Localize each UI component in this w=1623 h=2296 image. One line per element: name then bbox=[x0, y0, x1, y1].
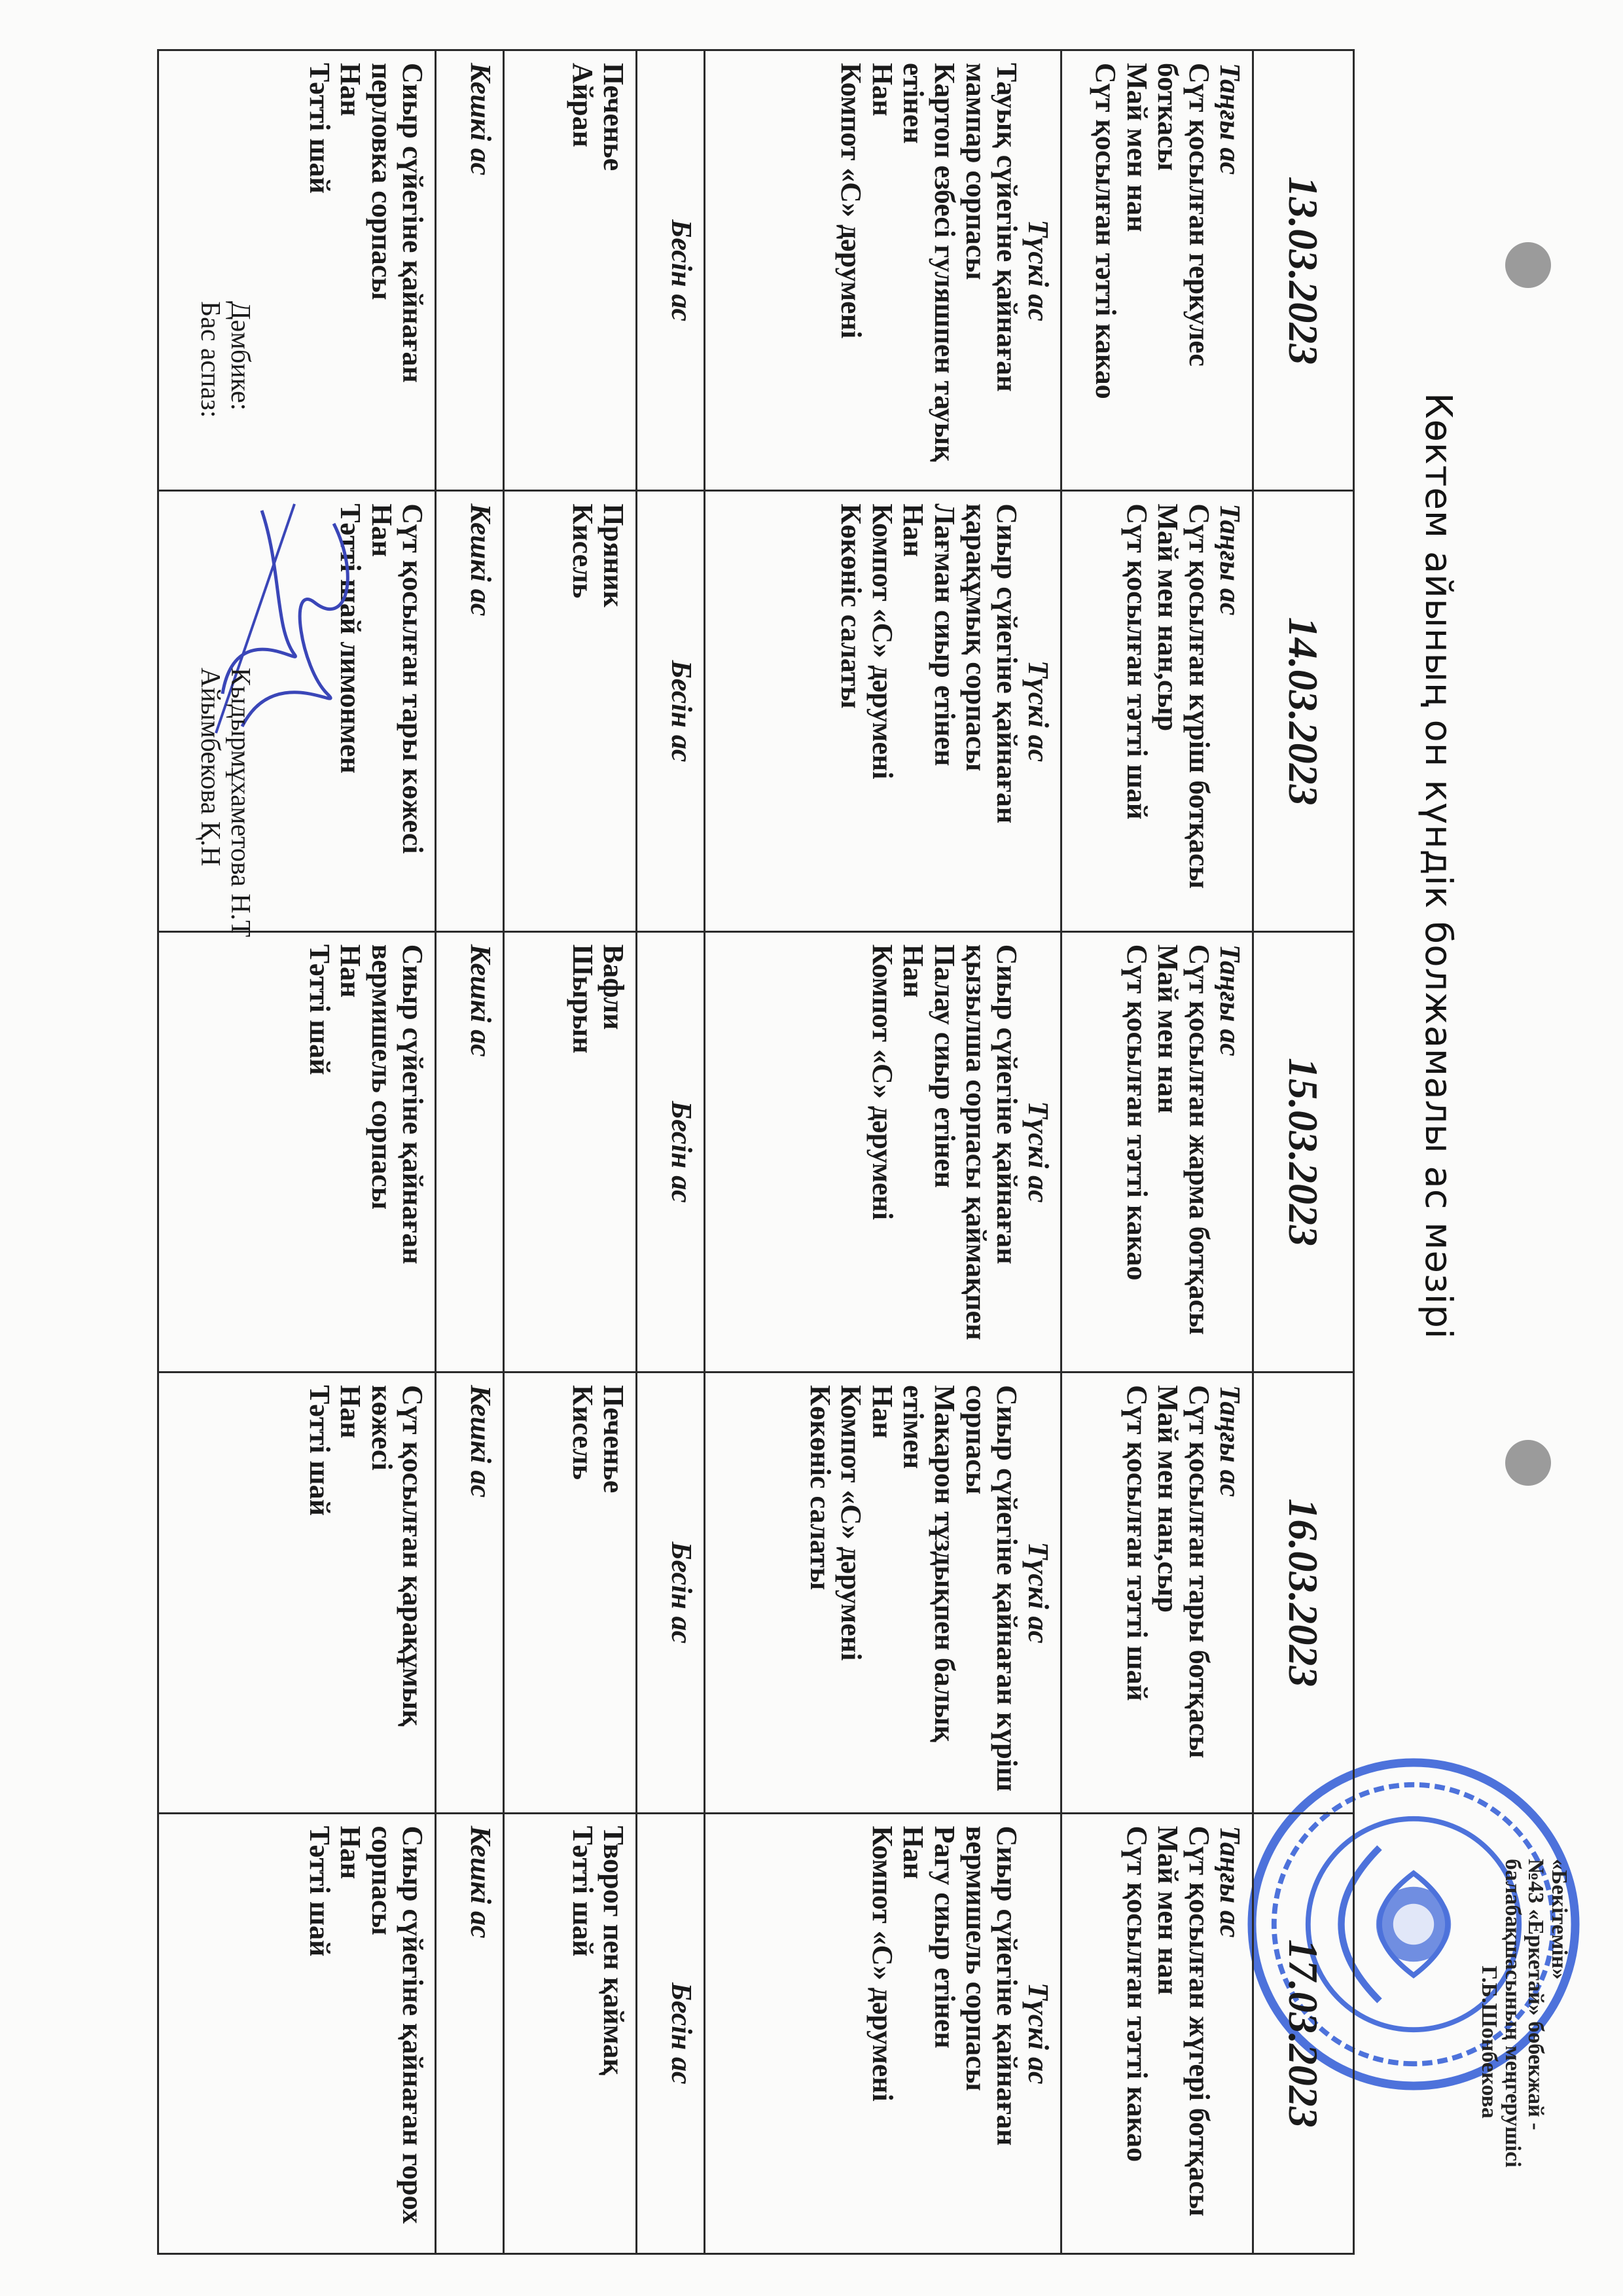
menu-document: Көктем айының он күндік болжамалы ас мәз… bbox=[0, 0, 1623, 2296]
meal-label-lunch: Түскі ас bbox=[1022, 1826, 1054, 2241]
meal-label-snack: Бесін ас bbox=[666, 944, 697, 1359]
meal-label-lunch: Түскі ас bbox=[1022, 944, 1054, 1359]
dish-item: Компот «С» дәрумені bbox=[866, 944, 898, 1359]
snack-cell: ВафлиШырын bbox=[503, 931, 637, 1372]
date-label: 14.03.2023 bbox=[1280, 617, 1327, 806]
lunch-row: Түскі асТауық сүйегіне қайнаған мампар с… bbox=[704, 50, 1061, 2254]
date-label: 15.03.2023 bbox=[1280, 1058, 1327, 1246]
dish-item: Сүт қосылған күріш ботқасы bbox=[1183, 503, 1215, 918]
dish-item: Көкөніс салаты bbox=[804, 1385, 836, 1800]
dish-item: Май мен нан,сыр bbox=[1152, 1385, 1184, 1800]
breakfast-cell: Таңғы асСүт қосылған жүгері ботқасыМай м… bbox=[1061, 1813, 1253, 2253]
approval-line: №43 «Еркетай» бөбекжай - bbox=[1524, 1859, 1548, 2225]
dish-item: Көкөніс салаты bbox=[836, 503, 867, 918]
signature-role: Дәмбике: bbox=[225, 301, 255, 668]
dish-item: Тауық сүйегіне қайнаған мампар сорпасы bbox=[960, 63, 1022, 478]
punch-hole bbox=[1505, 242, 1551, 288]
dish-item: Лағман сиыр етінен bbox=[929, 503, 960, 918]
dish-item: Сиыр сүйегіне қайнаған перловка сорпасы bbox=[366, 63, 428, 478]
date-label: 13.03.2023 bbox=[1280, 176, 1327, 365]
dish-item: Нан bbox=[335, 1826, 366, 2241]
dinner-cell: Сүт қосылған қарақұмық көжесіНанТәтті ша… bbox=[158, 1372, 436, 1813]
date-cell: 14.03.2023 bbox=[1253, 491, 1354, 931]
lunch-cell: Түскі асСиыр сүйегіне қайнаған қарақұмық… bbox=[704, 491, 1061, 931]
meal-label-lunch: Түскі ас bbox=[1022, 503, 1054, 918]
breakfast-cell: Таңғы асСүт қосылған күріш ботқасыМай ме… bbox=[1061, 491, 1253, 931]
dish-item: Тәтті шай bbox=[304, 1826, 335, 2241]
dish-item: Шырын bbox=[567, 944, 598, 1359]
snack-cell: ПеченьеАйран bbox=[503, 50, 637, 491]
date-label: 17.03.2023 bbox=[1280, 1939, 1327, 2128]
dish-item: Май мен нан,сыр bbox=[1152, 503, 1184, 918]
breakfast-cell: Таңғы асСүт қосылған тары ботқасыМай мен… bbox=[1061, 1372, 1253, 1813]
meal-label-breakfast: Таңғы ас bbox=[1215, 503, 1246, 918]
dish-item: Картоп езбесі гуляшпен тауық етінен bbox=[898, 63, 960, 478]
meal-label-dinner: Кешкі ас bbox=[465, 944, 496, 1359]
meal-label-dinner: Кешкі ас bbox=[465, 1826, 496, 2241]
dish-item: Сүт қосылған жүгері ботқасы bbox=[1183, 1826, 1215, 2241]
meal-label-lunch: Түскі ас bbox=[1022, 63, 1054, 478]
meal-label-breakfast: Таңғы ас bbox=[1215, 63, 1246, 478]
dinner-header-cell: Кешкі ас bbox=[436, 491, 503, 931]
dish-item: Компот «С» дәрумені bbox=[836, 63, 867, 478]
signature-name: Айымбекова Қ.Н bbox=[195, 668, 225, 867]
dish-item: Сүт қосылған тәтті какао bbox=[1121, 944, 1152, 1359]
snack-cell: ПряникКисель bbox=[503, 491, 637, 931]
dish-item: Сиыр сүйегіне қайнаған күріш сорпасы bbox=[960, 1385, 1022, 1800]
dish-item: Печенье bbox=[598, 63, 630, 478]
snack-row: ПеченьеАйранПряникКисельВафлиШырынПечень… bbox=[503, 50, 637, 2254]
document-title: Көктем айының он күндік болжамалы ас мәз… bbox=[1417, 393, 1459, 1964]
signature-name: Кыдырмұхаметова Н.Т bbox=[225, 668, 255, 937]
breakfast-row: Таңғы асСүт қосылған геркулес боткасыМай… bbox=[1061, 50, 1253, 2254]
snack-header-cell: Бесін ас bbox=[637, 491, 704, 931]
signature-row: Дәмбике: Кыдырмұхаметова Н.Т bbox=[225, 301, 255, 1348]
dish-item: Сүт қосылған тәтті какао bbox=[1090, 63, 1122, 478]
approval-line: балабақшасының меңгерушісі bbox=[1501, 1859, 1524, 2225]
signature-block: Дәмбике: Кыдырмұхаметова Н.Т Бас аспаз: … bbox=[195, 301, 255, 1348]
dish-item: Сүт қосылған жарма ботқасы bbox=[1183, 944, 1215, 1359]
dish-item: Сүт қосылған тәтті шай bbox=[1121, 503, 1152, 918]
dish-item: Макарон тұздықпен балық етімен bbox=[898, 1385, 960, 1800]
dish-item: Компот «С» дәрумені bbox=[866, 503, 898, 918]
dinner-header-cell: Кешкі ас bbox=[436, 1372, 503, 1813]
meal-label-lunch: Түскі ас bbox=[1022, 1385, 1054, 1800]
meal-label-snack: Бесін ас bbox=[666, 503, 697, 918]
dish-item: Нан bbox=[335, 944, 366, 1359]
approval-block: «Бекітемін» №43 «Еркетай» бөбекжай - бал… bbox=[1477, 1859, 1571, 2225]
date-cell: 15.03.2023 bbox=[1253, 931, 1354, 1372]
signature-row: Бас аспаз: Айымбекова Қ.Н bbox=[195, 301, 225, 1348]
meal-label-snack: Бесін ас bbox=[666, 1385, 697, 1800]
dish-item: Сүт қосылған тары көжесі bbox=[397, 503, 429, 918]
dish-item: Рагу сиыр етінен bbox=[929, 1826, 960, 2241]
date-label: 16.03.2023 bbox=[1280, 1498, 1327, 1687]
dish-item: Кисель bbox=[567, 1385, 598, 1800]
dish-item: Тәтті шай bbox=[304, 63, 335, 478]
meal-label-dinner: Кешкі ас bbox=[465, 63, 496, 478]
dish-item: Нан bbox=[866, 1385, 898, 1800]
dish-item: Сүт қосылған тәтті какао bbox=[1121, 1826, 1152, 2241]
snack-header-cell: Бесін ас bbox=[637, 931, 704, 1372]
dish-item: Тәтті шай bbox=[567, 1826, 598, 2241]
dish-item: Нан bbox=[898, 1826, 929, 2241]
dish-item: Пряник bbox=[598, 503, 630, 918]
dish-item: Сүт қосылған геркулес боткасы bbox=[1152, 63, 1215, 478]
lunch-cell: Түскі асТауық сүйегіне қайнаған мампар с… bbox=[704, 50, 1061, 491]
dinner-header-cell: Кешкі ас bbox=[436, 1813, 503, 2253]
menu-table: 13.03.202314.03.202315.03.202316.03.2023… bbox=[157, 49, 1355, 2255]
snack-header-cell: Бесін ас bbox=[637, 50, 704, 491]
snack-cell: Творог пен қаймақТәтті шай bbox=[503, 1813, 637, 2253]
date-cell: 17.03.2023 bbox=[1253, 1813, 1354, 2253]
meal-label-dinner: Кешкі ас bbox=[465, 1385, 496, 1800]
dish-item: Сиыр сүйегіне қайнаған вермишель сорпасы bbox=[960, 1826, 1022, 2241]
date-row-row: 13.03.202314.03.202315.03.202316.03.2023… bbox=[1253, 50, 1354, 2254]
dish-item: Вафли bbox=[598, 944, 630, 1359]
lunch-cell: Түскі асСиыр сүйегіне қайнаған вермишель… bbox=[704, 1813, 1061, 2253]
dinner-header-cell: Кешкі ас bbox=[436, 50, 503, 491]
snack-head-row: Бесін асБесін асБесін асБесін асБесін ас bbox=[637, 50, 704, 2254]
meal-label-dinner: Кешкі ас bbox=[465, 503, 496, 918]
dish-item: Май мен нан bbox=[1152, 944, 1184, 1359]
dish-item: Май мен нан bbox=[1121, 63, 1152, 478]
snack-header-cell: Бесін ас bbox=[637, 1372, 704, 1813]
dish-item: Компот «С» дәрумені bbox=[836, 1385, 867, 1800]
meal-label-breakfast: Таңғы ас bbox=[1215, 1385, 1246, 1800]
dinner-cell: Сиыр сүйегіне қайнаған горох сорпасыНанТ… bbox=[158, 1813, 436, 2253]
approval-line: Г.Б.Шонбекова bbox=[1477, 1859, 1501, 2225]
dish-item: Компот «С» дәрумені bbox=[866, 1826, 898, 2241]
dish-item: Сиыр сүйегіне қайнаған қарақұмық сорпасы bbox=[960, 503, 1022, 918]
punch-hole bbox=[1505, 1440, 1551, 1486]
dish-item: Палау сиыр етінен bbox=[929, 944, 960, 1359]
snack-cell: ПеченьеКисель bbox=[503, 1372, 637, 1813]
approval-line: «Бекітемін» bbox=[1547, 1859, 1571, 2225]
dish-item: Нан bbox=[335, 1385, 366, 1800]
breakfast-cell: Таңғы асСүт қосылған жарма ботқасыМай ме… bbox=[1061, 931, 1253, 1372]
dish-item: Тәтті шай bbox=[304, 944, 335, 1359]
lunch-cell: Түскі асСиыр сүйегіне қайнаған қызылша с… bbox=[704, 931, 1061, 1372]
meal-label-breakfast: Таңғы ас bbox=[1215, 1826, 1246, 2241]
meal-label-snack: Бесін ас bbox=[666, 1826, 697, 2241]
dish-item: Сиыр сүйегіне қайнаған горох сорпасы bbox=[366, 1826, 428, 2241]
dish-item: Нан bbox=[335, 63, 366, 478]
dinner-header-cell: Кешкі ас bbox=[436, 931, 503, 1372]
dish-item: Айран bbox=[567, 63, 598, 478]
snack-header-cell: Бесін ас bbox=[637, 1813, 704, 2253]
breakfast-cell: Таңғы асСүт қосылған геркулес боткасыМай… bbox=[1061, 50, 1253, 491]
dish-item: Сиыр сүйегіне қайнаған қызылша сорпасы қ… bbox=[960, 944, 1022, 1359]
dinner-head-row: Кешкі асКешкі асКешкі асКешкі асКешкі ас bbox=[436, 50, 503, 2254]
dish-item: Сүт қосылған қарақұмық көжесі bbox=[366, 1385, 428, 1800]
date-cell: 16.03.2023 bbox=[1253, 1372, 1354, 1813]
dish-item: Печенье bbox=[598, 1385, 630, 1800]
dish-item: Тәтті шай bbox=[304, 1385, 335, 1800]
date-cell: 13.03.2023 bbox=[1253, 50, 1354, 491]
meal-label-breakfast: Таңғы ас bbox=[1215, 944, 1246, 1359]
meal-label-snack: Бесін ас bbox=[666, 63, 697, 478]
signature-role: Бас аспаз: bbox=[195, 301, 225, 668]
dish-item: Май мен нан bbox=[1152, 1826, 1184, 2241]
dish-item: Сүт қосылған тары ботқасы bbox=[1183, 1385, 1215, 1800]
dish-item: Творог пен қаймақ bbox=[598, 1826, 630, 2241]
dish-item: Сүт қосылған тәтті шай bbox=[1121, 1385, 1152, 1800]
lunch-cell: Түскі асСиыр сүйегіне қайнаған күріш сор… bbox=[704, 1372, 1061, 1813]
dish-item: Кисель bbox=[567, 503, 598, 918]
dish-item: Сиыр сүйегіне қайнаған вермишель сорпасы bbox=[366, 944, 428, 1359]
dish-item: Нан bbox=[898, 503, 929, 918]
dish-item: Нан bbox=[866, 63, 898, 478]
dish-item: Нан bbox=[898, 944, 929, 1359]
